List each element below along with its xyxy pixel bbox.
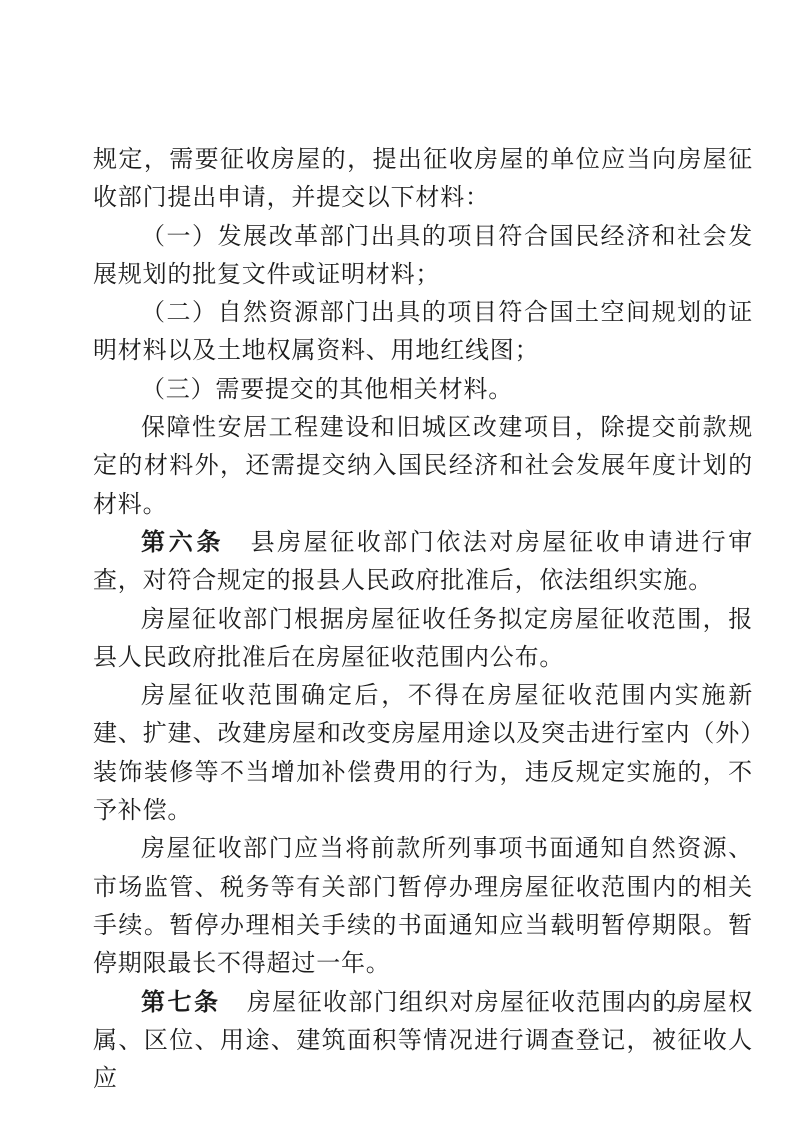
article-paragraph: 第六条县房屋征收部门依法对房屋征收申请进行审查，对符合规定的报县人民政府批准后，… xyxy=(93,524,753,601)
paragraph: 房屋征收部门应当将前款所列事项书面通知自然资源、市场监管、税务等有关部门暂停办理… xyxy=(93,830,753,983)
page-number: — 3 — xyxy=(620,996,700,1016)
paragraph: （一）发展改革部门出具的项目符合国民经济和社会发展规划的批复文件或证明材料； xyxy=(93,218,753,295)
article-number: 第七条 xyxy=(141,990,221,1016)
document-page: 规定，需要征收房屋的，提出征收房屋的单位应当向房屋征收部门提出申请，并提交以下材… xyxy=(0,0,793,1122)
paragraph: 房屋征收范围确定后，不得在房屋征收范围内实施新建、扩建、改建房屋和改变房屋用途以… xyxy=(93,677,753,830)
document-body: 规定，需要征收房屋的，提出征收房屋的单位应当向房屋征收部门提出申请，并提交以下材… xyxy=(93,141,753,1098)
paragraph: （三）需要提交的其他相关材料。 xyxy=(93,371,753,409)
paragraph: 保障性安居工程建设和旧城区改建项目，除提交前款规定的材料外，还需提交纳入国民经济… xyxy=(93,409,753,524)
paragraph: （二）自然资源部门出具的项目符合国土空间规划的证明材料以及土地权属资料、用地红线… xyxy=(93,294,753,371)
article-number: 第六条 xyxy=(141,530,224,556)
paragraph: 规定，需要征收房屋的，提出征收房屋的单位应当向房屋征收部门提出申请，并提交以下材… xyxy=(93,141,753,218)
paragraph: 房屋征收部门根据房屋征收任务拟定房屋征收范围，报县人民政府批准后在房屋征收范围内… xyxy=(93,601,753,678)
